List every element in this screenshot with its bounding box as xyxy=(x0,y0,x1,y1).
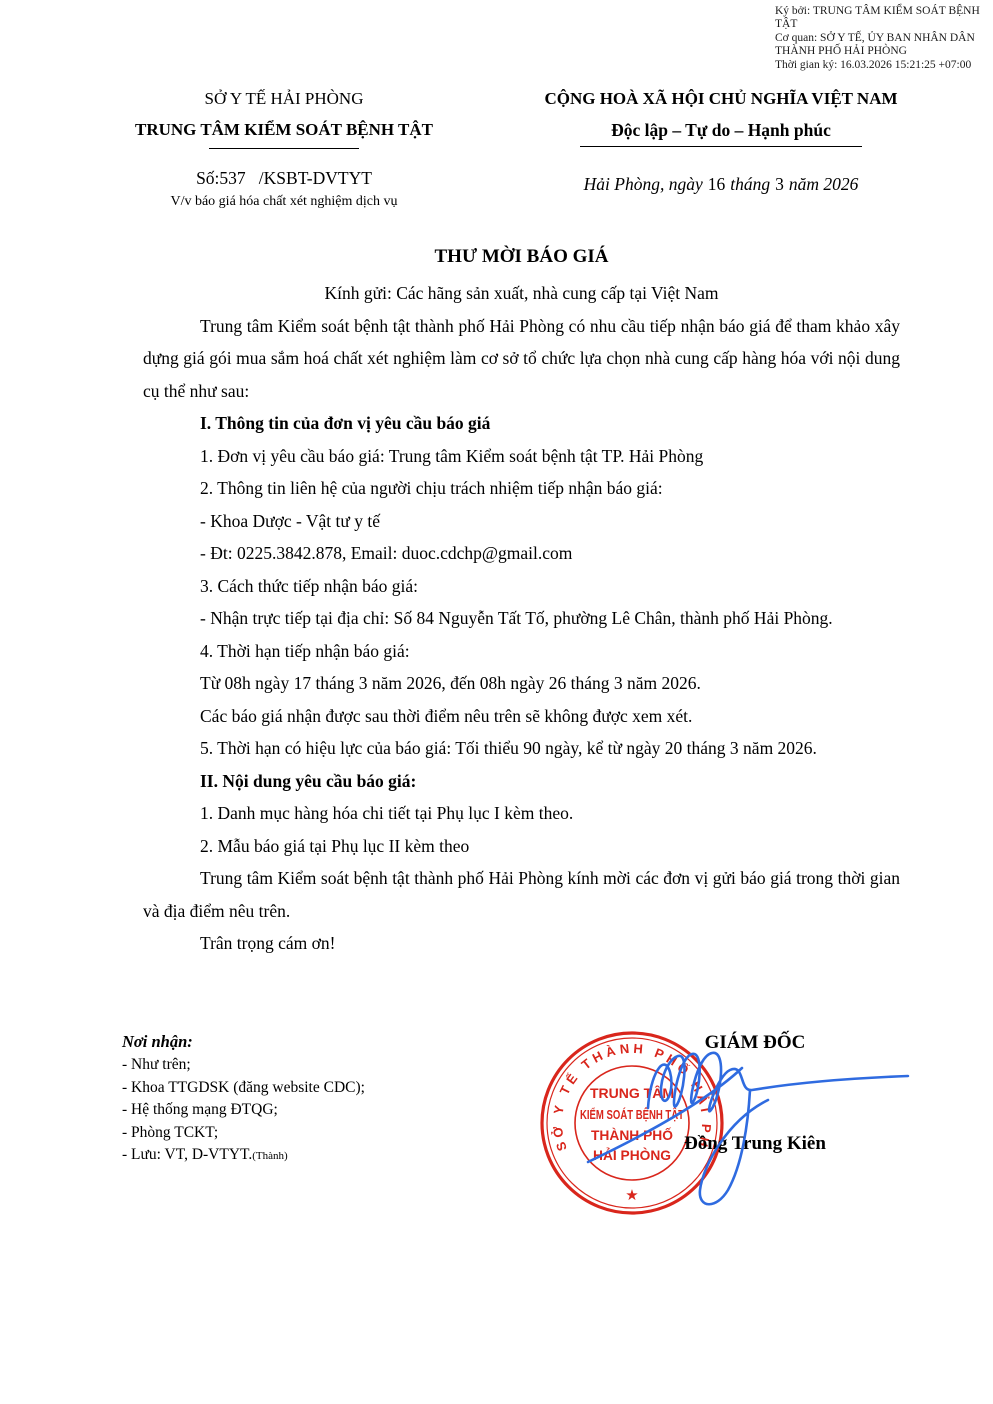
recipients-block: Nơi nhận: - Như trên;- Khoa TTGDSK (đăng… xyxy=(122,1030,452,1168)
date-line: Hải Phòng, ngày16tháng3năm 2026 xyxy=(492,174,950,195)
date-year: 2026 xyxy=(823,174,858,194)
motto-underline xyxy=(580,146,862,147)
header-right: CỘNG HOÀ XÃ HỘI CHỦ NGHĨA VIỆT NAM Độc l… xyxy=(492,88,950,195)
org-underline xyxy=(209,148,359,149)
signatory-block: GIÁM ĐỐC Đồng Trung Kiên xyxy=(600,1030,910,1155)
body-paragraph: Trung tâm Kiểm soát bệnh tật thành phố H… xyxy=(143,862,900,927)
body-paragraph: 5. Thời hạn có hiệu lực của báo giá: Tối… xyxy=(143,732,900,765)
body-paragraph: - Khoa Dược - Vật tư y tế xyxy=(143,505,900,538)
date-day: 16 xyxy=(708,174,726,194)
body-paragraph: I. Thông tin của đơn vị yêu cầu báo giá xyxy=(143,407,900,440)
signatory-position: GIÁM ĐỐC xyxy=(600,1030,910,1056)
body-paragraph: 1. Đơn vị yêu cầu báo giá: Trung tâm Kiể… xyxy=(143,440,900,473)
date-month: 3 xyxy=(775,174,784,194)
body-paragraph: II. Nội dung yêu cầu báo giá: xyxy=(143,765,900,798)
signatory-name: Đồng Trung Kiên xyxy=(600,1133,910,1155)
stamp-star-icon: ★ xyxy=(625,1186,638,1204)
esign-time: Thời gian ký: 16.03.2026 15:21:25 +07:00 xyxy=(775,59,985,72)
esign-signer: Ký bởi: TRUNG TÂM KIỂM SOÁT BỆNH TẬT xyxy=(775,5,985,32)
header-left: SỞ Y TẾ HẢI PHÒNG TRUNG TÂM KIỂM SOÁT BỆ… xyxy=(88,88,480,210)
body-paragraph: 2. Mẫu báo giá tại Phụ lục II kèm theo xyxy=(143,830,900,863)
recipients-title: Nơi nhận: xyxy=(122,1030,452,1054)
body-paragraph: 1. Danh mục hàng hóa chi tiết tại Phụ lụ… xyxy=(143,797,900,830)
salutation: Kính gửi: Các hãng sản xuất, nhà cung cấ… xyxy=(143,277,900,310)
recipient-item: - Lưu: VT, D-VTYT.(Thành) xyxy=(122,1144,452,1168)
national-title: CỘNG HOÀ XÃ HỘI CHỦ NGHĨA VIỆT NAM xyxy=(492,88,950,110)
body-paragraph: - Nhận trực tiếp tại địa chỉ: Số 84 Nguy… xyxy=(143,602,900,635)
recipient-item: - Khoa TTGDSK (đăng website CDC); xyxy=(122,1077,452,1100)
body-paragraph: 2. Thông tin liên hệ của người chịu trác… xyxy=(143,472,900,505)
recipient-item-sub: (Thành) xyxy=(252,1150,287,1162)
esign-agency: Cơ quan: SỞ Y TẾ, ỦY BAN NHÂN DÂN THÀNH … xyxy=(775,32,985,59)
date-year-label: năm xyxy=(789,174,819,194)
date-place: Hải Phòng, ngày xyxy=(584,174,703,194)
document-subject: V/v báo giá hóa chất xét nghiệm dịch vụ xyxy=(88,194,480,210)
parent-department: SỞ Y TẾ HẢI PHÒNG xyxy=(88,88,480,110)
body-paragraph: 4. Thời hạn tiếp nhận báo giá: xyxy=(143,635,900,668)
recipient-item: - Phòng TCKT; xyxy=(122,1122,452,1145)
national-motto: Độc lập – Tự do – Hạnh phúc xyxy=(492,119,950,141)
recipient-item: - Như trên; xyxy=(122,1054,452,1077)
recipients-list: - Như trên;- Khoa TTGDSK (đăng website C… xyxy=(122,1054,452,1168)
body-paragraph: Các báo giá nhận được sau thời điểm nêu … xyxy=(143,700,900,733)
date-month-label: tháng xyxy=(730,174,770,194)
body-paragraph: Trân trọng cám ơn! xyxy=(143,927,900,960)
document-body: THƯ MỜI BÁO GIÁ Kính gửi: Các hãng sản x… xyxy=(143,240,900,960)
body-paragraph: Từ 08h ngày 17 tháng 3 năm 2026, đến 08h… xyxy=(143,667,900,700)
organization-name: TRUNG TÂM KIỂM SOÁT BỆNH TẬT xyxy=(88,119,480,141)
body-paragraph: Trung tâm Kiểm soát bệnh tật thành phố H… xyxy=(143,310,900,408)
document-title: THƯ MỜI BÁO GIÁ xyxy=(143,240,900,274)
body-paragraph: - Đt: 0225.3842.878, Email: duoc.cdchp@g… xyxy=(143,537,900,570)
document-page: Ký bởi: TRUNG TÂM KIỂM SOÁT BỆNH TẬT Cơ … xyxy=(0,0,993,1404)
body-paragraph: 3. Cách thức tiếp nhận báo giá: xyxy=(143,570,900,603)
digital-signature-info: Ký bởi: TRUNG TÂM KIỂM SOÁT BỆNH TẬT Cơ … xyxy=(775,5,985,72)
document-number: Số:537 /KSBT-DVTYT xyxy=(88,168,480,189)
recipient-item: - Hệ thống mạng ĐTQG; xyxy=(122,1099,452,1122)
